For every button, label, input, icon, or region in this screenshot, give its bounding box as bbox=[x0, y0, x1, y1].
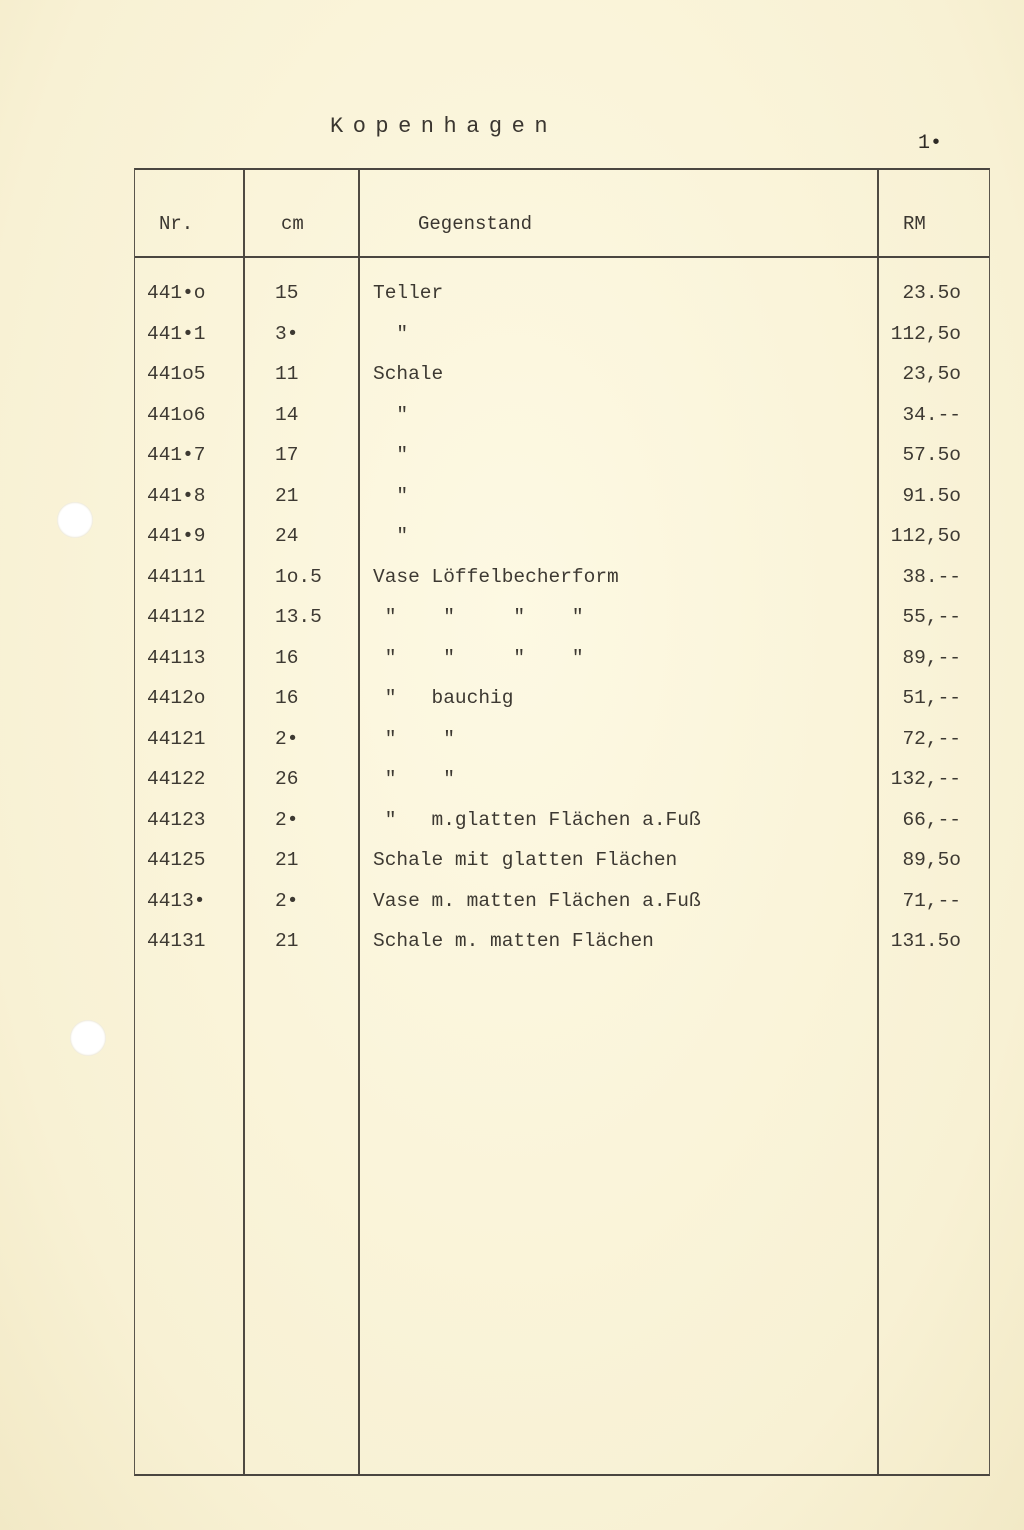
cell-cm: 2• bbox=[275, 728, 298, 750]
cell-nr: 44123 bbox=[147, 809, 206, 831]
table-row: 441212• " "72,-- bbox=[135, 728, 989, 768]
cell-nr: 4412o bbox=[147, 687, 206, 709]
cell-cm: 15 bbox=[275, 282, 298, 304]
cell-cm: 2• bbox=[275, 809, 298, 831]
table-row: 441•924 "112,5o bbox=[135, 525, 989, 565]
cell-rm: 66,-- bbox=[902, 809, 961, 831]
table-row: 4412226 " "132,-- bbox=[135, 768, 989, 808]
header-gegenstand: Gegenstand bbox=[418, 213, 532, 235]
table-row: 4412o16 " bauchig51,-- bbox=[135, 687, 989, 727]
cell-cm: 2• bbox=[275, 890, 298, 912]
cell-nr: 441•7 bbox=[147, 444, 206, 466]
cell-rm: 23,5o bbox=[902, 363, 961, 385]
cell-gegenstand: " m.glatten Flächen a.Fuß bbox=[373, 809, 701, 831]
cell-cm: 26 bbox=[275, 768, 298, 790]
table-row: 4413121Schale m. matten Flächen131.5o bbox=[135, 930, 989, 970]
table-row: 441232• " m.glatten Flächen a.Fuß66,-- bbox=[135, 809, 989, 849]
cell-nr: 441o5 bbox=[147, 363, 206, 385]
cell-gegenstand: Schale mit glatten Flächen bbox=[373, 849, 677, 871]
cell-rm: 89,5o bbox=[902, 849, 961, 871]
cell-cm: 24 bbox=[275, 525, 298, 547]
cell-rm: 55,-- bbox=[902, 606, 961, 628]
cell-rm: 112,5o bbox=[891, 323, 961, 345]
page-number: 1• bbox=[918, 132, 942, 155]
header-rm: RM bbox=[903, 213, 926, 235]
inventory-table: Nr. cm Gegenstand RM 441•o15Teller23.5o4… bbox=[134, 168, 990, 1476]
cell-gegenstand: " " bbox=[373, 728, 455, 750]
cell-nr: 441•o bbox=[147, 282, 206, 304]
cell-rm: 112,5o bbox=[891, 525, 961, 547]
table-row: 441•o15Teller23.5o bbox=[135, 282, 989, 322]
table-row: 4412521Schale mit glatten Flächen89,5o bbox=[135, 849, 989, 889]
cell-rm: 38.-- bbox=[902, 566, 961, 588]
cell-nr: 441•1 bbox=[147, 323, 206, 345]
cell-nr: 44122 bbox=[147, 768, 206, 790]
header-cm: cm bbox=[281, 213, 304, 235]
cell-gegenstand: Schale m. matten Flächen bbox=[373, 930, 654, 952]
cell-gegenstand: " bbox=[373, 525, 408, 547]
cell-rm: 131.5o bbox=[891, 930, 961, 952]
cell-gegenstand: " " bbox=[373, 768, 455, 790]
cell-cm: 1o.5 bbox=[275, 566, 322, 588]
cell-nr: 44113 bbox=[147, 647, 206, 669]
table-row: 4411316 " " " "89,-- bbox=[135, 647, 989, 687]
cell-nr: 44121 bbox=[147, 728, 206, 750]
cell-cm: 11 bbox=[275, 363, 298, 385]
cell-cm: 14 bbox=[275, 404, 298, 426]
cell-cm: 16 bbox=[275, 687, 298, 709]
cell-rm: 34.-- bbox=[902, 404, 961, 426]
cell-gegenstand: " " " " bbox=[373, 647, 584, 669]
cell-cm: 21 bbox=[275, 485, 298, 507]
cell-gegenstand: " bbox=[373, 323, 408, 345]
header-nr: Nr. bbox=[159, 213, 193, 235]
cell-rm: 132,-- bbox=[891, 768, 961, 790]
cell-rm: 72,-- bbox=[902, 728, 961, 750]
cell-gegenstand: " " " " bbox=[373, 606, 584, 628]
table-row: 441111o.5Vase Löffelbecherform38.-- bbox=[135, 566, 989, 606]
table-row: 441•13• "112,5o bbox=[135, 323, 989, 363]
table-row: 441•717 "57.5o bbox=[135, 444, 989, 484]
table-row: 441•821 "91.5o bbox=[135, 485, 989, 525]
cell-gegenstand: " bbox=[373, 404, 408, 426]
cell-cm: 21 bbox=[275, 849, 298, 871]
table-row: 4411213.5 " " " "55,-- bbox=[135, 606, 989, 646]
cell-gegenstand: Schale bbox=[373, 363, 443, 385]
document-title: Kopenhagen bbox=[330, 114, 557, 139]
cell-nr: 44125 bbox=[147, 849, 206, 871]
cell-gegenstand: Vase m. matten Flächen a.Fuß bbox=[373, 890, 701, 912]
cell-nr: 4413• bbox=[147, 890, 206, 912]
table-row: 441o511Schale23,5o bbox=[135, 363, 989, 403]
cell-cm: 3• bbox=[275, 323, 298, 345]
punch-hole bbox=[70, 1020, 106, 1056]
header-divider bbox=[135, 256, 989, 258]
cell-rm: 71,-- bbox=[902, 890, 961, 912]
cell-gegenstand: Teller bbox=[373, 282, 443, 304]
cell-cm: 21 bbox=[275, 930, 298, 952]
table-row: 441o614 "34.-- bbox=[135, 404, 989, 444]
cell-nr: 44111 bbox=[147, 566, 206, 588]
cell-gegenstand: " bbox=[373, 444, 408, 466]
cell-rm: 57.5o bbox=[902, 444, 961, 466]
cell-cm: 16 bbox=[275, 647, 298, 669]
table-row: 4413•2•Vase m. matten Flächen a.Fuß71,-- bbox=[135, 890, 989, 930]
cell-rm: 51,-- bbox=[902, 687, 961, 709]
cell-rm: 91.5o bbox=[902, 485, 961, 507]
cell-nr: 441•9 bbox=[147, 525, 206, 547]
punch-hole bbox=[57, 502, 93, 538]
cell-gegenstand: " bauchig bbox=[373, 687, 513, 709]
cell-cm: 13.5 bbox=[275, 606, 322, 628]
cell-nr: 441o6 bbox=[147, 404, 206, 426]
cell-rm: 23.5o bbox=[902, 282, 961, 304]
cell-gegenstand: " bbox=[373, 485, 408, 507]
cell-rm: 89,-- bbox=[902, 647, 961, 669]
cell-nr: 44112 bbox=[147, 606, 206, 628]
cell-gegenstand: Vase Löffelbecherform bbox=[373, 566, 619, 588]
cell-nr: 44131 bbox=[147, 930, 206, 952]
cell-cm: 17 bbox=[275, 444, 298, 466]
cell-nr: 441•8 bbox=[147, 485, 206, 507]
